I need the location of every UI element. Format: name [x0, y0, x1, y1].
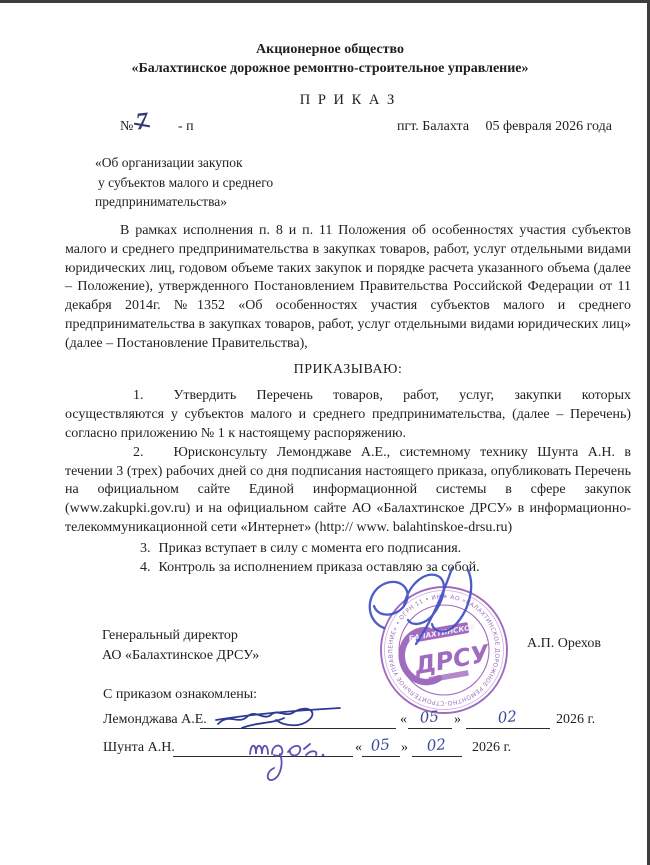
- director-handwritten-signature: [356, 566, 526, 658]
- order-item-2: 2.Юрисконсульту Лемонджаве А.Е., системн…: [65, 444, 631, 538]
- document-date: 05 февраля 2026 года: [486, 119, 613, 135]
- item-2-number: 2.: [133, 445, 144, 460]
- resolution-heading: ПРИКАЗЫВАЮ:: [65, 361, 631, 380]
- scanned-order-document: Акционерное общество «Балахтинское дорож…: [0, 0, 650, 865]
- place-name: пгт. Балахта: [397, 119, 469, 135]
- order-body: В рамках исполнения п. 8 и п. 11 Положен…: [65, 222, 631, 577]
- ack-row2-month-line: 02: [412, 738, 462, 757]
- order-subject: «Об организации закупок у субъектов мало…: [95, 153, 273, 212]
- order-item-3: 3.Приказ вступает в силу с момента его п…: [140, 540, 631, 559]
- acknowledgement-row-2: Шунта А.Н. « 05 » 02 2026 г.: [0, 738, 650, 780]
- ack-row2-year: 2026 г.: [472, 740, 511, 756]
- director-name: А.П. Орехов: [527, 636, 601, 652]
- item-3-text: Приказ вступает в силу с момента его под…: [159, 541, 462, 556]
- ack-row2-name: Шунта А.Н.: [103, 740, 175, 756]
- director-signature-block: Генеральный директор АО «Балахтинское ДР…: [102, 626, 259, 665]
- subject-line-3: предпринимательства»: [95, 192, 273, 212]
- scan-edge-top: [0, 0, 650, 3]
- ack-row2-day-line: 05: [362, 738, 400, 757]
- director-position-line2: АО «Балахтинское ДРСУ»: [102, 646, 259, 666]
- ack-row1-day-line: 05: [408, 710, 452, 729]
- order-item-1: 1.Утвердить Перечень товаров, работ, усл…: [65, 387, 631, 443]
- ack-row1-quote-close: »: [454, 712, 461, 728]
- ack-row2-quote-close: »: [401, 740, 408, 756]
- ack-row1-handwritten-signature: [212, 700, 344, 734]
- ack-row1-quote-open: «: [400, 712, 407, 728]
- director-position-line1: Генеральный директор: [102, 626, 259, 646]
- item-1-text: Утвердить Перечень товаров, работ, услуг…: [65, 388, 631, 441]
- organization-header: Акционерное общество «Балахтинское дорож…: [30, 40, 630, 78]
- ack-row2-day: 05: [371, 735, 392, 755]
- ack-row1-name: Лемонджава А.Е.: [103, 712, 207, 728]
- organization-name-line2: «Балахтинское дорожное ремонтно-строител…: [30, 59, 630, 78]
- ack-row2-month: 02: [427, 735, 448, 755]
- item-3-number: 3.: [140, 541, 151, 556]
- number-suffix: - п: [178, 119, 194, 135]
- item-4-number: 4.: [140, 560, 151, 575]
- ack-row1-month-line: 02: [466, 710, 550, 729]
- ack-row1-month: 02: [498, 707, 519, 727]
- subject-line-1: «Об организации закупок: [95, 153, 273, 173]
- number-label: №: [120, 119, 133, 135]
- item-2-text: Юрисконсульту Лемонджаве А.Е., системном…: [65, 445, 631, 535]
- ack-row1-day: 05: [420, 707, 441, 727]
- number-place-date-line: № 7 - п пгт. Балахта 05 февраля 2026 год…: [0, 117, 650, 147]
- ack-row1-year: 2026 г.: [556, 712, 595, 728]
- subject-line-2: у субъектов малого и среднего: [95, 173, 273, 193]
- preamble-paragraph: В рамках исполнения п. 8 и п. 11 Положен…: [65, 222, 631, 354]
- organization-name-line1: Акционерное общество: [30, 40, 630, 59]
- ack-row2-quote-open: «: [355, 740, 362, 756]
- ack-row2-handwritten-signature: [244, 734, 332, 784]
- item-1-number: 1.: [133, 388, 144, 403]
- document-title: П Р И К А З: [65, 92, 631, 109]
